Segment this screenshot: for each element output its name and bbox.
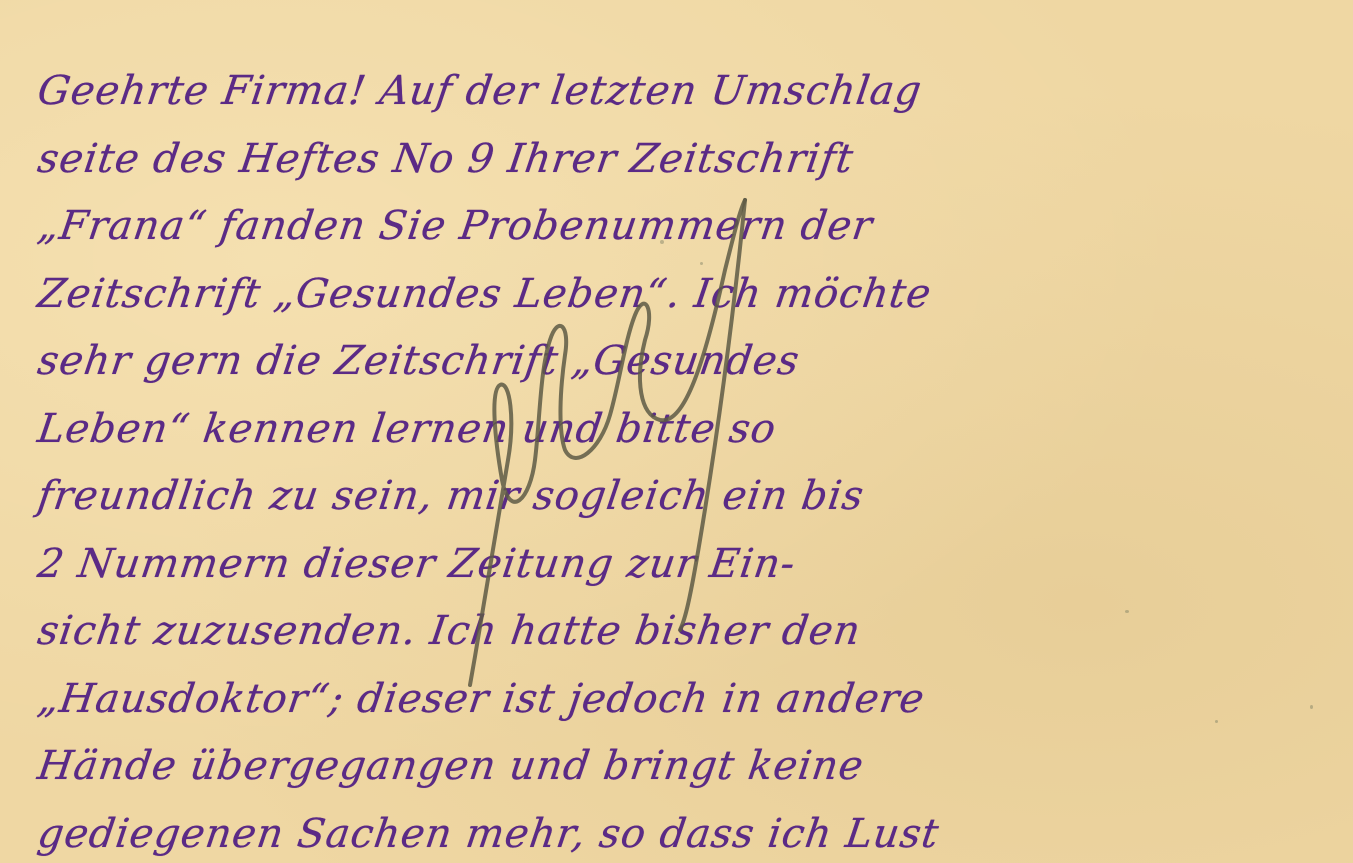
letter-line-6: Leben“ kennen lernen und bitte so: [33, 396, 1317, 464]
letter-line-9: sicht zuzusenden. Ich hatte bisher den: [33, 598, 1317, 666]
letter-line-5: sehr gern die Zeitschrift „Gesundes: [33, 328, 1317, 396]
letter-body: Geehrte Firma! Auf der letzten Umschlag …: [38, 58, 1313, 863]
letter-line-4: Zeitschrift „Gesundes Leben“. Ich möchte: [33, 261, 1317, 329]
letter-line-7: freundlich zu sein, mir sogleich ein bis: [33, 463, 1317, 531]
letter-line-2: seite des Heftes No 9 Ihrer Zeitschrift: [33, 126, 1317, 194]
letter-line-11: Hände übergegangen und bringt keine: [33, 733, 1317, 801]
letter-line-8: 2 Nummern dieser Zeitung zur Ein-: [33, 531, 1317, 599]
letter-line-3: „Frana“ fanden Sie Probenummern der: [33, 193, 1317, 261]
letter-line-12: gediegenen Sachen mehr, so dass ich Lust: [33, 801, 1317, 863]
letter-line-10: „Hausdoktor“; dieser ist jedoch in ander…: [33, 666, 1317, 734]
letter-line-1: Geehrte Firma! Auf der letzten Umschlag: [33, 58, 1317, 126]
